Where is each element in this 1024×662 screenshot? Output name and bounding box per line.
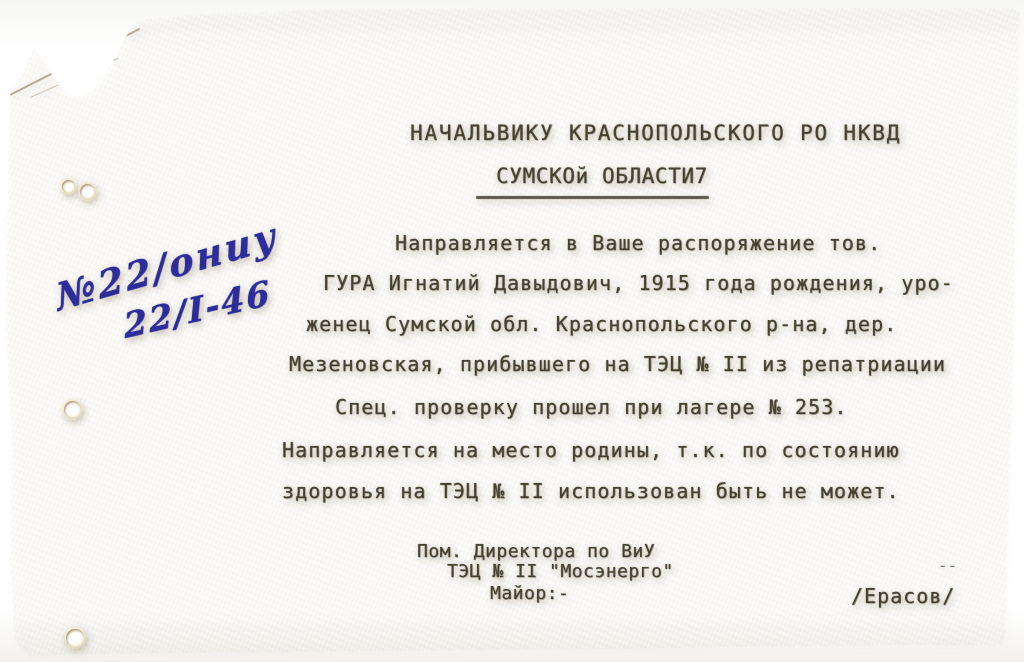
body-line-1: Направляется в Ваше распоряжение тов.: [395, 231, 881, 255]
signature-title-line-1: Пом. Директора по ВиУ: [417, 541, 655, 562]
underline: [476, 196, 709, 199]
body-line-4: Мезеновская, прибывшего на ТЭЦ № II из р…: [289, 352, 946, 376]
stray-ink-mark: --: [938, 556, 957, 575]
punch-hole: [80, 184, 95, 199]
body-line-5: Спец. проверку прошел при лагере № 253.: [335, 395, 848, 419]
signature-title-line-2: ТЭЦ № II "Мосэнерго": [447, 561, 674, 582]
punch-hole: [66, 629, 84, 647]
scanner-background: НАЧАЛЬВИКУ КРАСНОПОЛЬСКОГО РО НКВД СУМСК…: [0, 0, 1024, 662]
recipient-line-1: НАЧАЛЬВИКУ КРАСНОПОЛЬСКОГО РО НКВД: [410, 121, 901, 145]
body-line-3: женец Сумской обл. Краснопольского р-на,…: [306, 312, 897, 336]
punch-hole: [62, 180, 75, 193]
paper-crease: [10, 28, 141, 96]
signature-rank: Майор:-: [490, 583, 569, 604]
document-paper: НАЧАЛЬВИКУ КРАСНОПОЛЬСКОГО РО НКВД СУМСК…: [0, 0, 1024, 662]
recipient-line-2: СУМСКОй ОБЛАСТИ7: [496, 164, 708, 188]
punch-hole: [64, 401, 81, 418]
body-line-2: ГУРА Игнатий Давыдович, 1915 года рожден…: [323, 271, 954, 295]
body-line-7: здоровья на ТЭЦ № II использован быть не…: [282, 479, 900, 503]
paper-shadow: НАЧАЛЬВИКУ КРАСНОПОЛЬСКОГО РО НКВД СУМСК…: [0, 0, 1024, 662]
signature-name: /Ерасов/: [851, 584, 955, 608]
body-line-6: Направляется на место родины, т.к. по со…: [282, 438, 900, 462]
